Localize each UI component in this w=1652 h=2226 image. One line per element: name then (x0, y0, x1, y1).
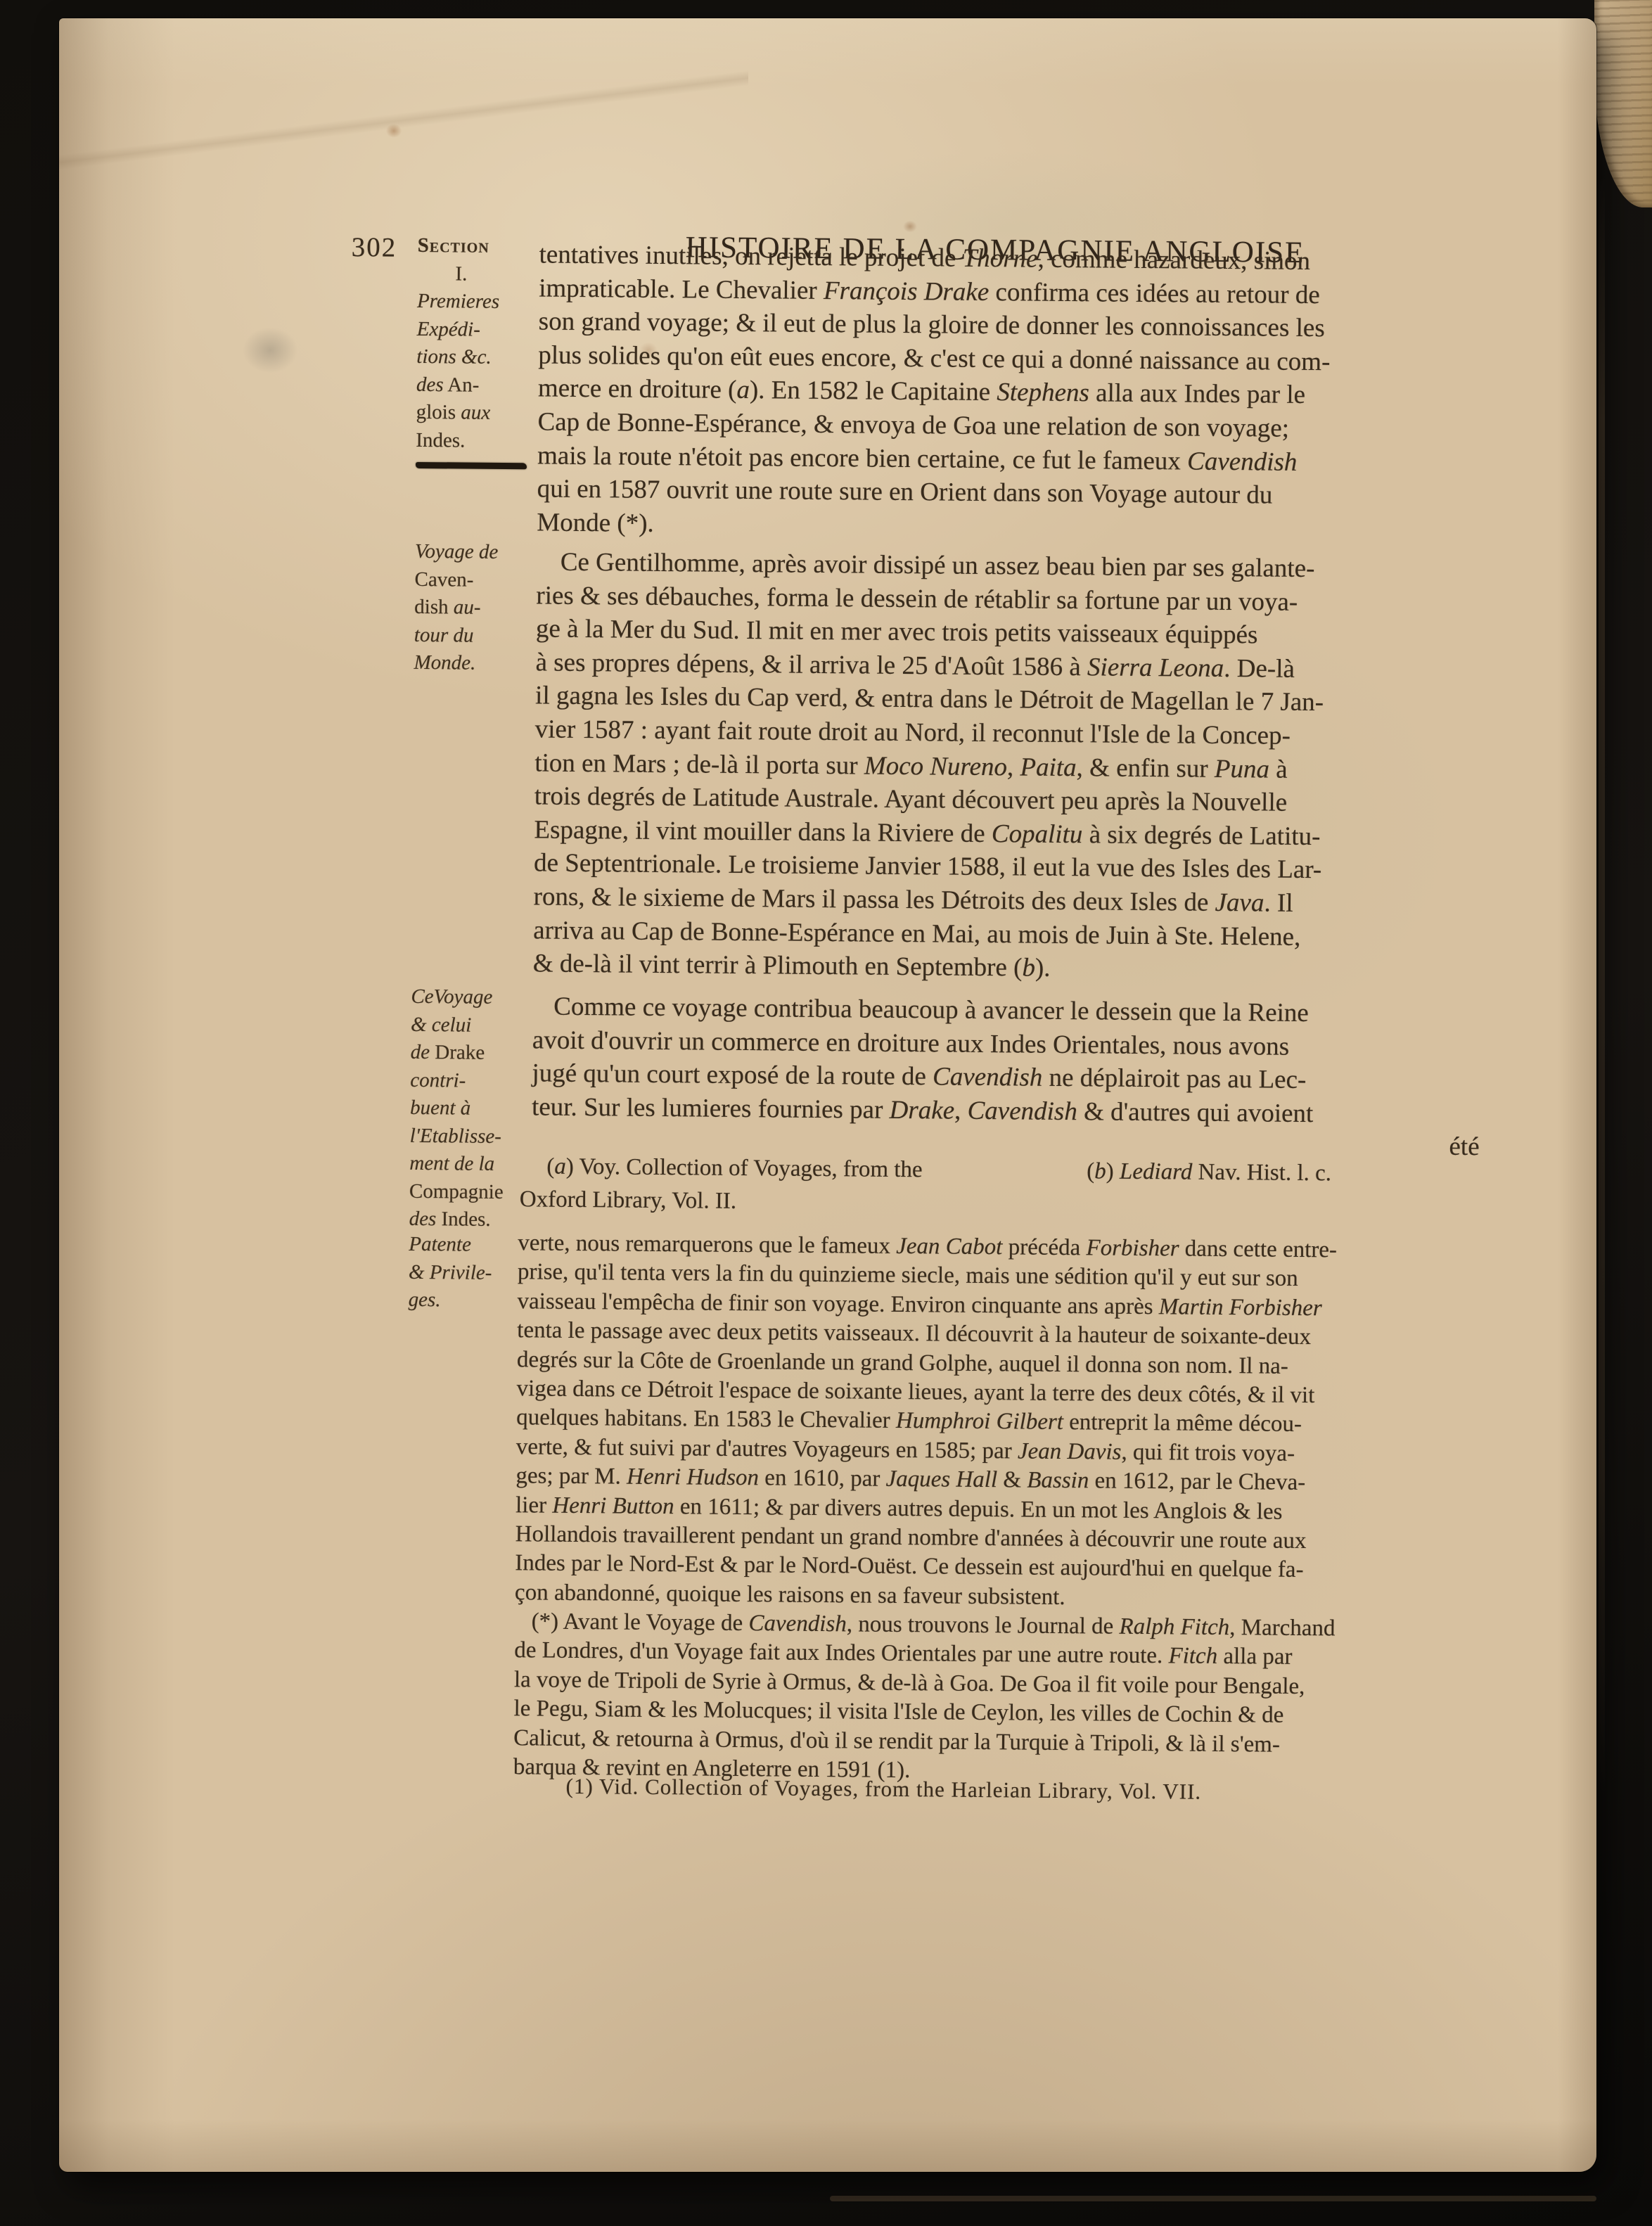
text-line: Monde. (414, 649, 540, 678)
footnote-b: (b) Lediard Nav. Hist. l. c. (1087, 1158, 1331, 1186)
paragraph-2: Ce Gentilhomme, après avoir dissipé un a… (533, 545, 1487, 988)
text-line: glois aux (416, 399, 542, 428)
text-line: Section (418, 232, 544, 261)
footnote-a: (a) Voy. Collection of Voyages, from the (546, 1154, 923, 1184)
text-line: Indes. (416, 426, 542, 455)
text-line: & celui (411, 1011, 537, 1040)
margin-note-patente-privileges: Patente& Privile-ges. (408, 1231, 535, 1315)
text-line: & Privile- (409, 1258, 535, 1287)
text-line: des An- (416, 371, 543, 399)
page-edge-sliver (1599, 176, 1605, 1793)
text-line: CeVoyage (411, 983, 537, 1012)
margin-note-ce-voyage-drake: CeVoyage& celuide Drakecontri-buent àl'E… (409, 983, 537, 1234)
page-bottom-edge (830, 2196, 1596, 2201)
scanned-book-page: 302 HISTOIRE DE LA COMPAGNIE ANGLOISE Se… (0, 0, 1652, 2226)
footnote-a-continued: Oxford Library, Vol. II. (520, 1186, 737, 1215)
section-rule (416, 462, 527, 469)
text-line: dish au- (414, 594, 541, 622)
bottom-reference: (1) Vid. Collection of Voyages, from the… (565, 1774, 1201, 1805)
text-line: contri- (410, 1066, 537, 1095)
text-line: tour du (414, 621, 541, 650)
text-line: Voyage de (415, 538, 542, 567)
page-number: 302 (351, 231, 397, 264)
text-line: ment de la (409, 1150, 536, 1179)
text-line: Patente (409, 1231, 535, 1260)
text-line: Compagnie (409, 1177, 536, 1206)
paragraph-1: tentatives inutiles, on rejetta le proje… (537, 238, 1490, 547)
text-line: des Indes. (409, 1205, 535, 1234)
text-line: tions &c. (416, 343, 543, 372)
text-line: de Drake (411, 1039, 537, 1068)
paragraph-3: Comme ce voyage contribua beaucoup à ava… (532, 990, 1484, 1132)
text-line: l'Etablisse- (410, 1122, 537, 1151)
star-footnote: (*) Avant le Voyage de Cavendish, nous t… (513, 1607, 1492, 1791)
text-line: I. (417, 260, 544, 288)
print-area: 302 HISTOIRE DE LA COMPAGNIE ANGLOISE Se… (41, 18, 1597, 2185)
text-line: Expédi- (417, 315, 544, 344)
margin-note-voyage-cavendish: Voyage deCaven-dish au-tour duMonde. (414, 538, 542, 678)
small-text-note: verte, nous remarquerons que le fameux J… (515, 1229, 1496, 1616)
text-line: Caven- (414, 565, 541, 594)
text-line: buent à (410, 1094, 537, 1123)
text-line: ges. (408, 1286, 534, 1315)
page-paper: 302 HISTOIRE DE LA COMPAGNIE ANGLOISE Se… (59, 18, 1596, 2172)
margin-note-section: SectionI.PremieresExpédi-tions &c.des An… (416, 232, 544, 456)
text-line: Premieres (417, 288, 544, 316)
